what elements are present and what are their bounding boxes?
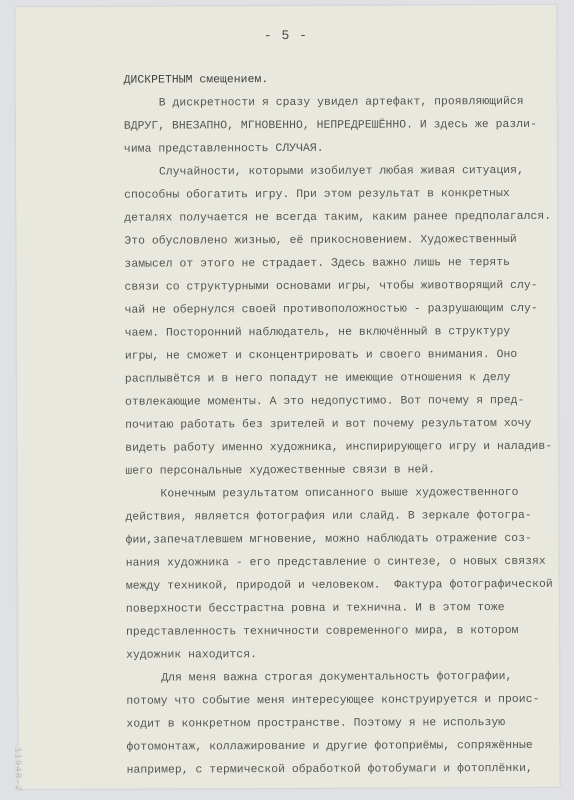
text-line: фотомонтаж, коллажирование и другие фото… [126,735,556,760]
paragraph-start-line: Для меня важна строгая документальность … [126,666,556,691]
typewritten-body: ДИСКРЕТНЫМ смещением. В дискретности я с… [124,68,557,783]
document-page: - 5 - ДИСКРЕТНЫМ смещением. В дискретнос… [15,5,559,789]
archive-stamp: 11948-2 [13,747,23,792]
text-line: чаем. Посторонний наблюдатель, не включё… [125,321,555,346]
text-line: например, с термической обработкой фотоб… [127,758,557,783]
text-line: нания художника - его представление о си… [126,551,556,576]
text-line: чима представленность СЛУЧАЯ. [124,137,554,162]
paragraph-start-line: В дискретности я сразу увидел артефакт, … [124,91,554,116]
text-line: деталях получается не всегда таким, каки… [124,206,554,231]
paragraph-start-line: Конечным результатом описанного выше худ… [125,482,555,507]
text-line: видеть работу именно художника, инспирир… [125,436,555,461]
text-line: почитаю работать без зрителей и вот поче… [125,413,555,438]
text-line: способны обогатить игру. При этом резуль… [124,183,554,208]
text-line: замысел от этого не страдает. Здесь важн… [124,252,554,277]
text-line: игры, не сможет и сконцентрировать и сво… [125,344,555,369]
text-line: расплывётся и в него попадут не имеющие … [125,367,555,392]
page-number: - 5 - [15,27,556,44]
text-line: ходит в конкретном пространстве. Поэтому… [126,712,556,737]
text-line: связи со структурными основами игры, что… [124,275,554,300]
text-line: шего персональные художественные связи в… [125,459,555,484]
text-line: художник находится. [126,643,556,668]
text-line: фии,запечатлевшем мгновение, можно наблю… [126,528,556,553]
text-line: поверхности бесстрастна ровна и технична… [126,597,556,622]
paragraph-start-line: Случайности, которыми изобилует любая жи… [124,160,554,185]
text-line: ВДРУГ, ВНЕЗАПНО, МГНОВЕННО, НЕПРЕДРЕШЁНН… [124,114,554,139]
text-line: ДИСКРЕТНЫМ смещением. [124,68,554,93]
text-line: потому что событие меня интересующее кон… [126,689,556,714]
text-line: представленность техничности современног… [126,620,556,645]
text-line: между техникой, природой и человеком. Фа… [126,574,556,599]
text-line: отвлекающие моменты. А это недопустимо. … [125,390,555,415]
text-line: Это обусловлено жизнью, её прикосновение… [124,229,554,254]
text-line: действия, является фотография или слайд.… [125,505,555,530]
text-line: чай не обернулся своей противоположность… [125,298,555,323]
